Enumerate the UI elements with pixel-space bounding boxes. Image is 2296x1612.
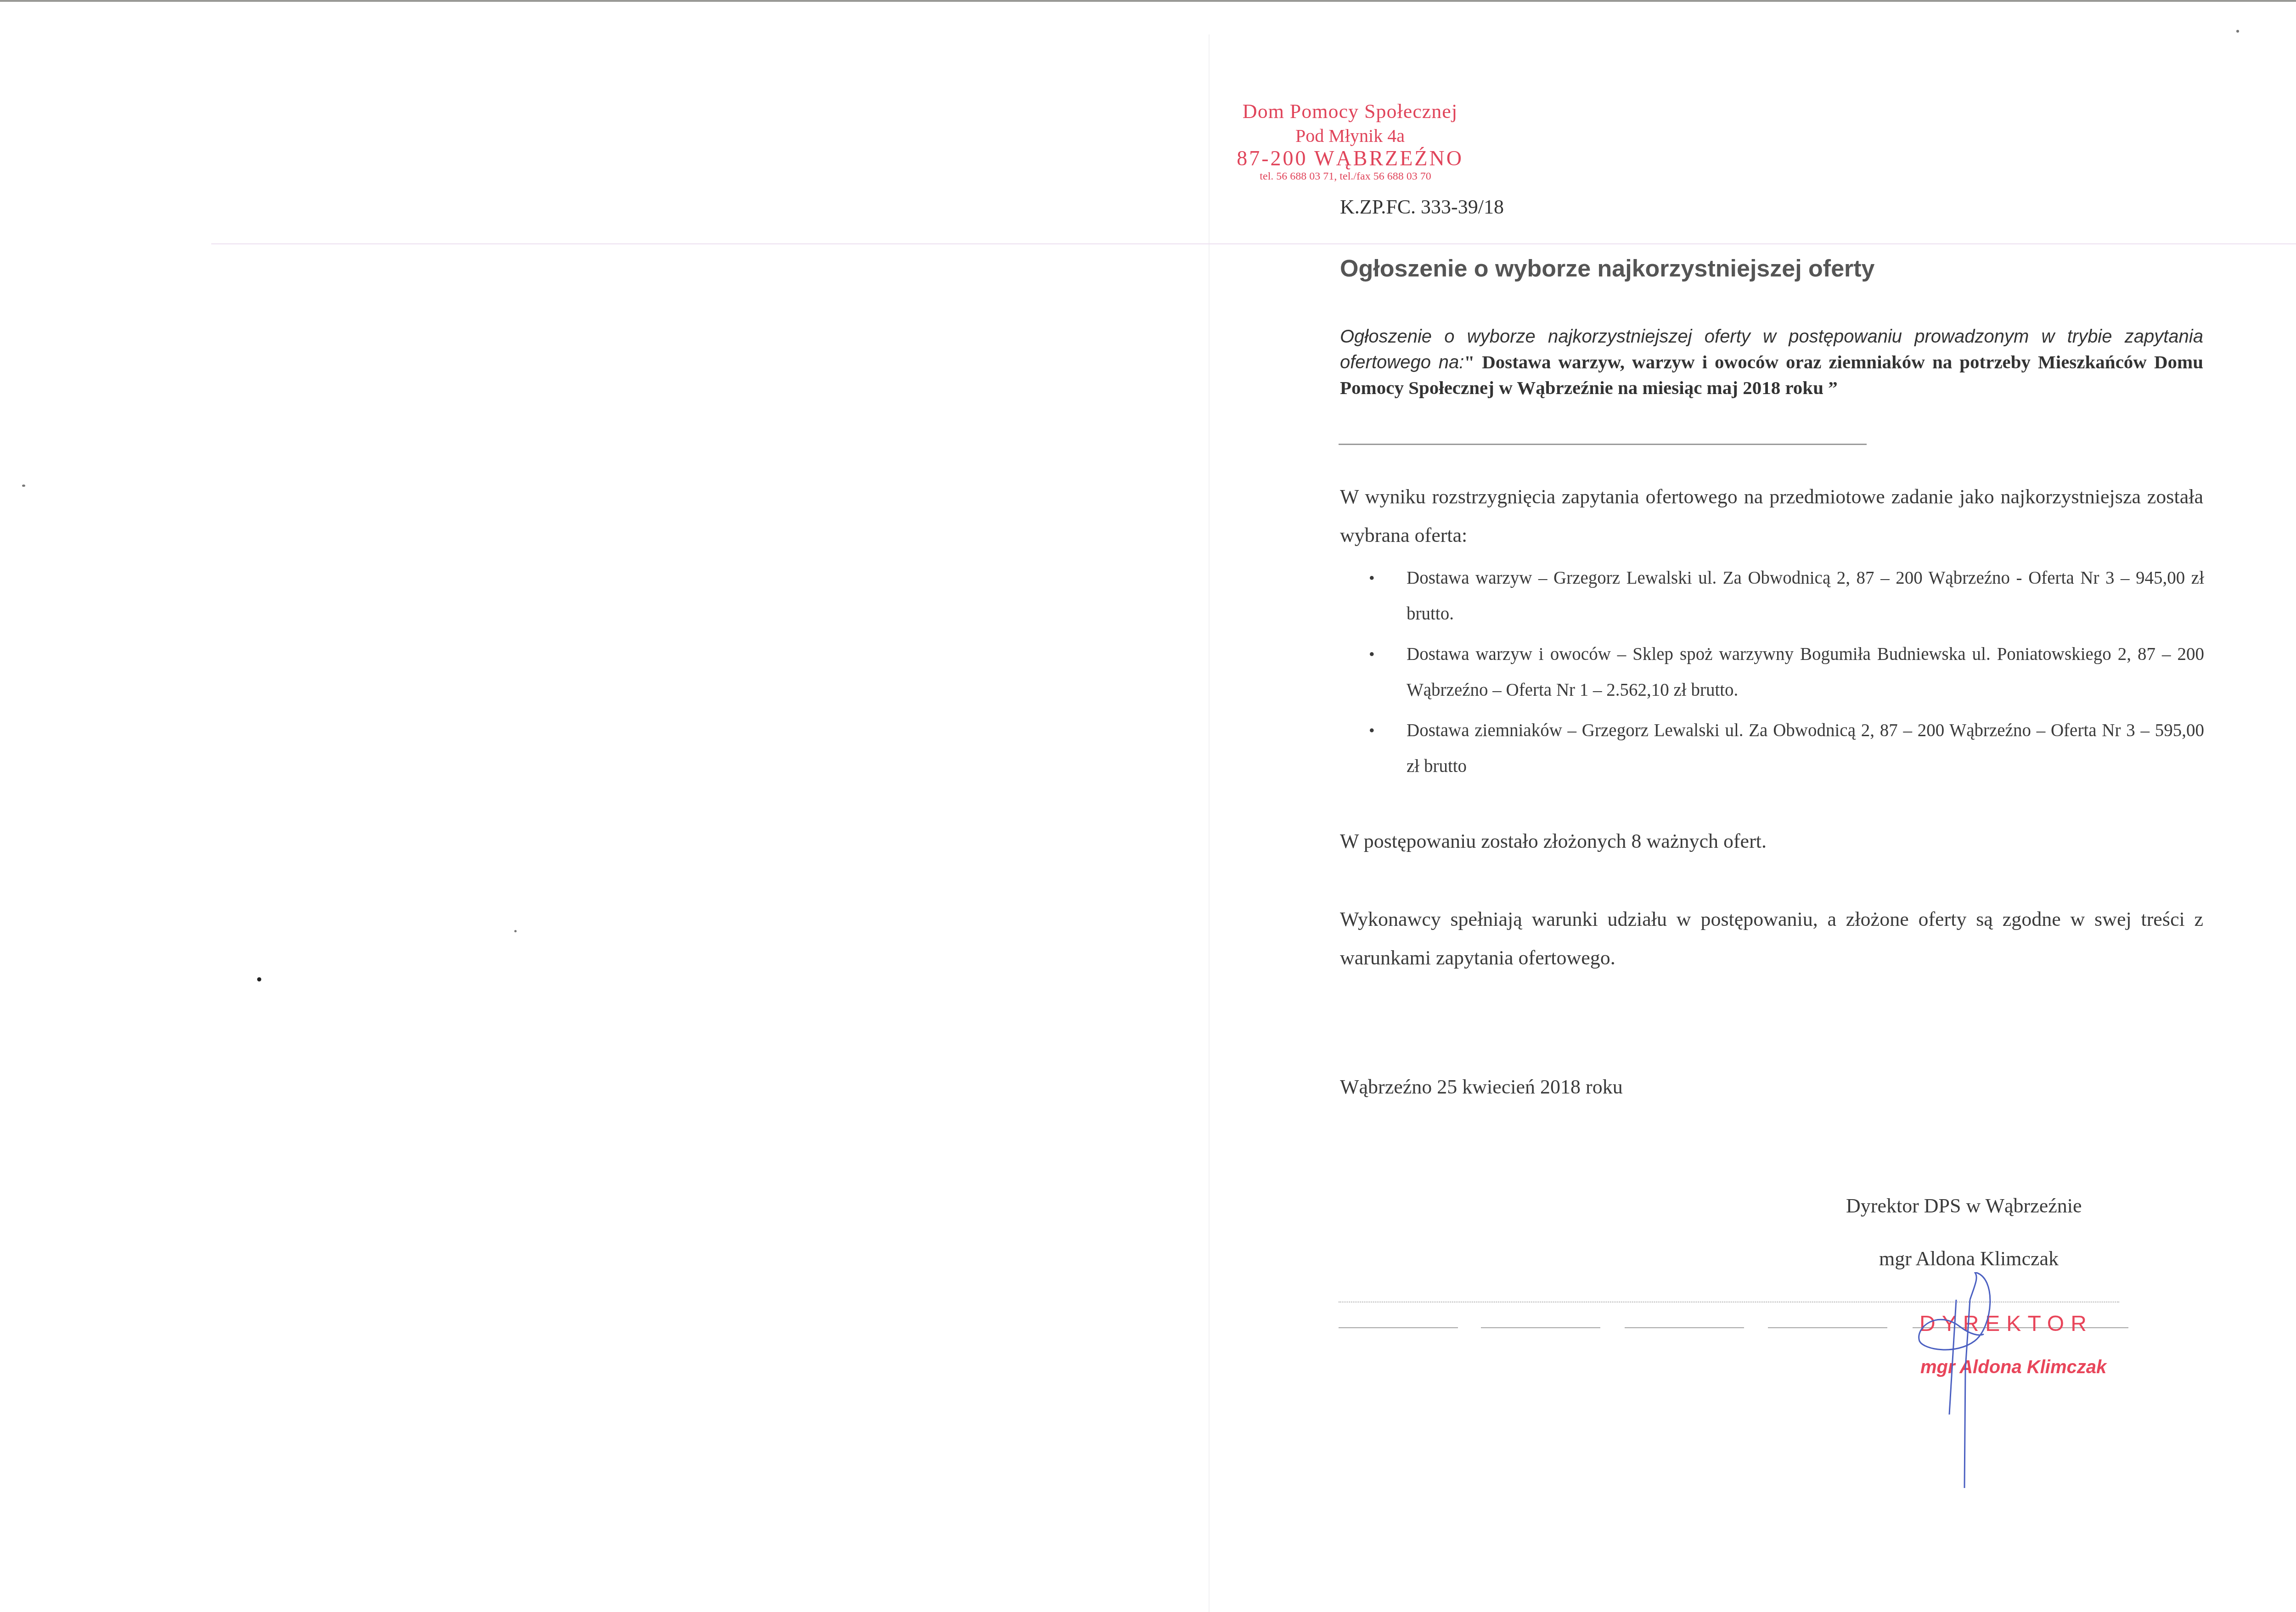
scan-speck	[514, 930, 517, 932]
stamp-name: Dom Pomocy Społecznej	[1212, 99, 1488, 124]
stamp-phone: tel. 56 688 03 71, tel./fax 56 688 03 70	[1203, 169, 1488, 183]
bullet-icon: •	[1369, 637, 1375, 672]
dashed-rule-segment	[1339, 1327, 1458, 1328]
scan-speck	[22, 485, 25, 487]
list-item: •Dostawa warzyw i owoców – Sklep spoż wa…	[1366, 637, 2204, 708]
intro-paragraph: Ogłoszenie o wyborze najkorzystniejszej …	[1340, 324, 2203, 400]
dashed-rule-segment	[1625, 1327, 1744, 1328]
separator-rule	[1339, 444, 1867, 445]
list-item: •Dostawa warzyw – Grzegorz Lewalski ul. …	[1366, 560, 2204, 632]
stamp-city: 87-200 WĄBRZEŹNO	[1212, 147, 1488, 169]
offers-count-paragraph: W postępowaniu zostało złożonych 8 ważny…	[1340, 822, 2203, 861]
page-fold-vertical	[1209, 34, 1210, 1612]
scan-top-edge	[0, 0, 2296, 2]
selected-offers-list: •Dostawa warzyw – Grzegorz Lewalski ul. …	[1366, 560, 2204, 789]
signatory-title: Dyrektor DPS w Wąbrzeźnie	[1846, 1194, 2082, 1217]
scan-speck	[2236, 30, 2239, 33]
signatory-name: mgr Aldona Klimczak	[1879, 1247, 2059, 1270]
dashed-rule-segment	[1768, 1327, 1887, 1328]
document-title: Ogłoszenie o wyborze najkorzystniejszej …	[1340, 255, 1875, 282]
result-paragraph: W wyniku rozstrzygnięcia zapytania ofert…	[1340, 478, 2203, 555]
scan-speck	[257, 977, 261, 981]
handwritten-signature-icon	[1906, 1272, 2025, 1488]
institution-stamp: Dom Pomocy Społecznej Pod Młynik 4a 87-2…	[1212, 99, 1488, 183]
page-fold-horizontal	[211, 243, 2296, 244]
date-line: Wąbrzeźno 25 kwiecień 2018 roku	[1340, 1068, 2203, 1106]
bullet-icon: •	[1369, 560, 1375, 596]
intro-bold: " Dostawa warzyw, warzyw i owoców oraz z…	[1340, 351, 2203, 398]
reference-number: K.ZP.FC. 333-39/18	[1340, 195, 1504, 219]
bullet-icon: •	[1369, 713, 1375, 749]
offer-text: Dostawa warzyw – Grzegorz Lewalski ul. Z…	[1407, 568, 2204, 624]
offer-text: Dostawa warzyw i owoców – Sklep spoż war…	[1407, 644, 2204, 700]
offer-text: Dostawa ziemniaków – Grzegorz Lewalski u…	[1407, 721, 2204, 776]
conditions-paragraph: Wykonawcy spełniają warunki udziału w po…	[1340, 900, 2203, 977]
stamp-street: Pod Młynik 4a	[1212, 124, 1488, 147]
list-item: •Dostawa ziemniaków – Grzegorz Lewalski …	[1366, 713, 2204, 784]
dashed-rule-segment	[1481, 1327, 1600, 1328]
